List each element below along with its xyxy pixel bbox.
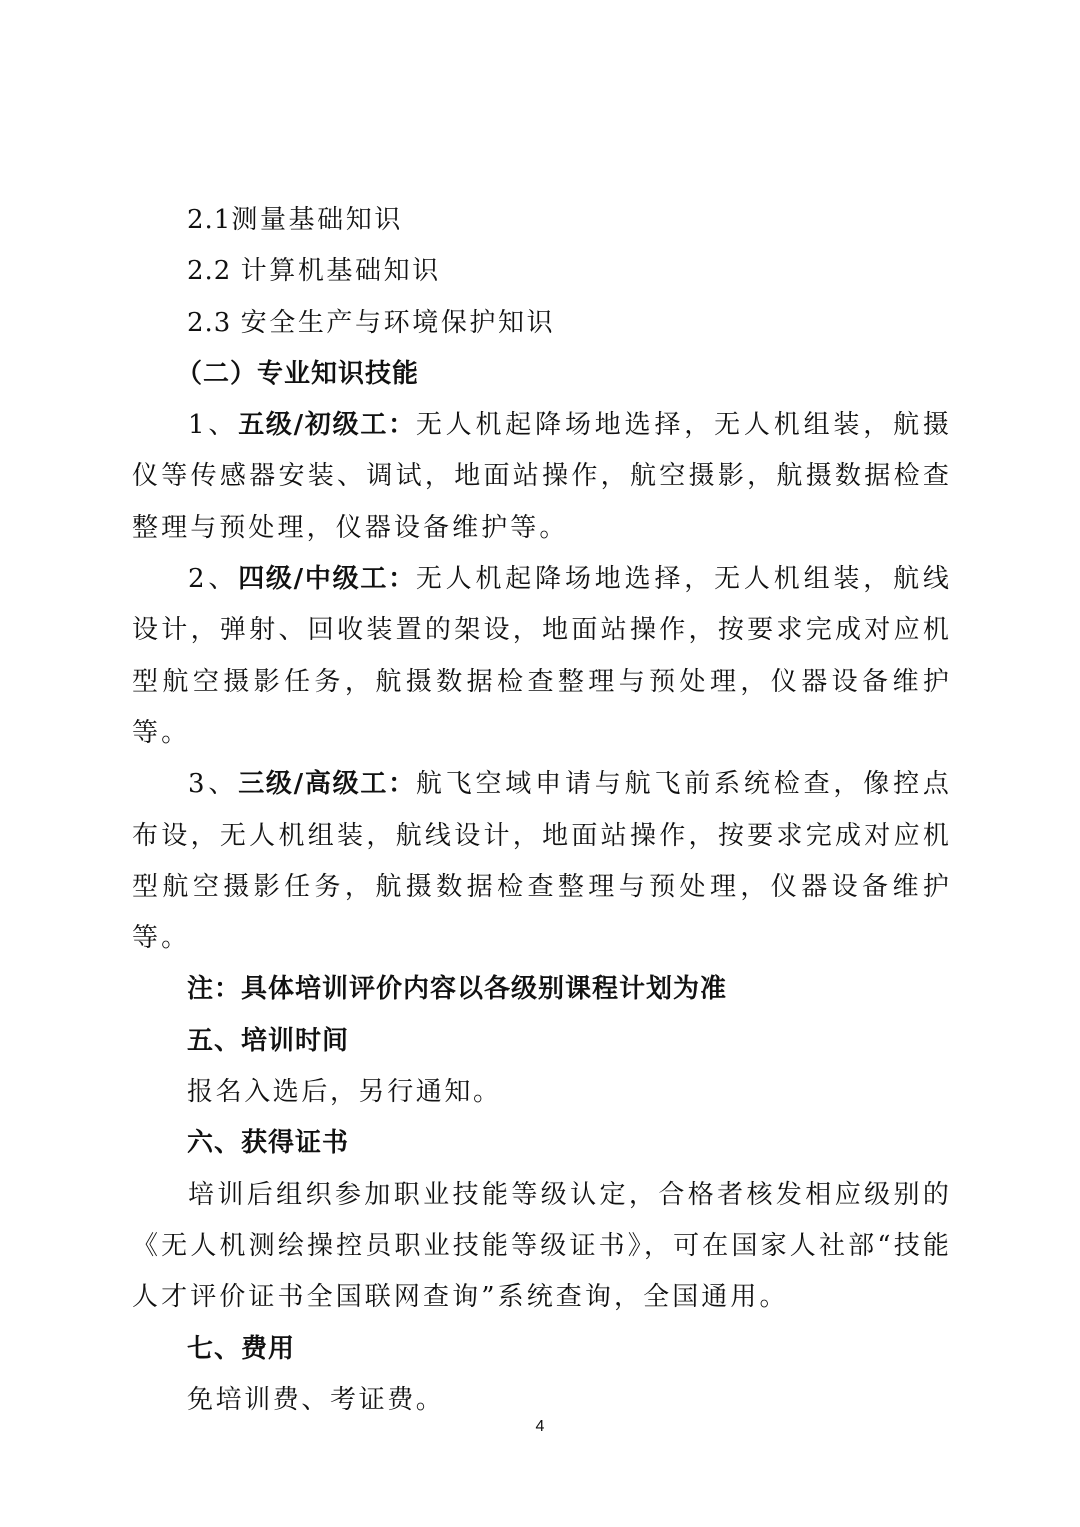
item-number: 2.2 xyxy=(187,256,241,286)
level-number: 2、 xyxy=(188,564,238,594)
training-time-text: 报名入选后，另行通知。 xyxy=(132,1067,952,1118)
section-heading-fees: 七、费用 xyxy=(132,1324,952,1375)
level-number: 1、 xyxy=(188,410,238,440)
level-paragraph-5: 1、五级/初级工：无人机起降场地选择，无人机组装，航摄仪等传感器安装、调试，地面… xyxy=(132,400,952,554)
level-paragraph-3: 3、三级/高级工：航飞空域申请与航飞前系统检查，像控点布设，无人机组装，航线设计… xyxy=(132,759,952,964)
section-heading-training-time: 五、培训时间 xyxy=(132,1016,952,1067)
item-text: 测量基础知识 xyxy=(231,205,403,235)
page-number: 4 xyxy=(0,1418,1080,1436)
basic-item-2-3: 2.3 安全生产与环境保护知识 xyxy=(132,298,952,349)
level-number: 3、 xyxy=(188,769,238,799)
section-heading-professional-skills: （二）专业知识技能 xyxy=(132,349,952,400)
training-note: 注：具体培训评价内容以各级别课程计划为准 xyxy=(132,964,952,1015)
section-heading-certificate: 六、获得证书 xyxy=(132,1118,952,1169)
certificate-paragraph: 培训后组织参加职业技能等级认定，合格者核发相应级别的《无人机测绘操控员职业技能等… xyxy=(132,1170,952,1324)
item-text: 安全生产与环境保护知识 xyxy=(241,308,556,338)
item-text: 计算机基础知识 xyxy=(241,256,441,286)
document-page: 2.1测量基础知识 2.2 计算机基础知识 2.3 安全生产与环境保护知识 （二… xyxy=(132,195,952,1426)
basic-item-2-1: 2.1测量基础知识 xyxy=(132,195,952,246)
level-title: 五级/初级工： xyxy=(238,410,416,440)
item-number: 2.3 xyxy=(187,308,241,338)
level-title: 四级/中级工： xyxy=(238,564,416,594)
level-title: 三级/高级工： xyxy=(238,769,416,799)
level-paragraph-4: 2、四级/中级工：无人机起降场地选择，无人机组装，航线设计，弹射、回收装置的架设… xyxy=(132,554,952,759)
basic-item-2-2: 2.2 计算机基础知识 xyxy=(132,246,952,297)
item-number: 2.1 xyxy=(187,205,231,235)
